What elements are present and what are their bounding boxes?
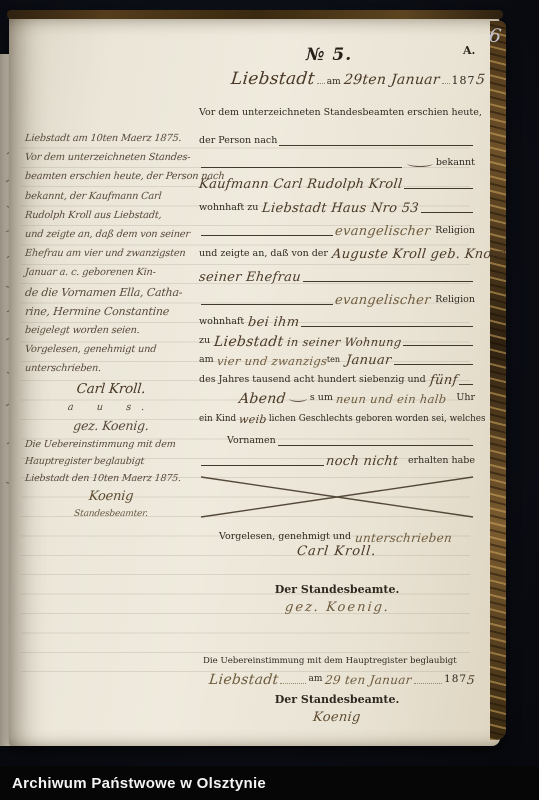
corner-letter: A. <box>463 44 475 57</box>
birth-month-entry: Januar <box>345 354 392 368</box>
attest-year-printed: 187 <box>444 672 467 686</box>
year-line-printed: des Jahres tausend acht hundert siebenzi… <box>199 373 426 387</box>
margin-line: de die Vornamen Ella, Catha- <box>24 283 198 302</box>
dotted-rule <box>442 79 450 84</box>
form-row-wohnhaft: wohnhaft bei ihm <box>199 312 475 329</box>
form-row-signature-declarant: Carl Kroll. <box>199 545 475 562</box>
form-row-ehefrau: seiner Ehefrau <box>199 267 475 284</box>
margin-gez-signature: gez. Koenig. <box>24 416 198 436</box>
person-nach-label: der Person nach <box>199 134 277 148</box>
margin-declarant-signature: Carl Kroll. <box>24 378 198 400</box>
margin-line: und zeigte an, daß dem von seiner <box>24 225 198 244</box>
attest-am-label: am <box>308 672 322 686</box>
blank-rule <box>394 360 473 365</box>
form-row-birth-place: zu Liebstadt in seiner Wohnung <box>199 331 475 348</box>
archive-caption-bar: Archiwum Państwowe w Olsztynie <box>0 766 539 800</box>
uhr-label: Uhr <box>456 391 475 405</box>
kind-printed: ein Kind <box>199 412 236 426</box>
form-row-religion-1: evangelischer Religion <box>199 221 475 238</box>
blank-rule <box>421 208 473 213</box>
blank-rule <box>303 277 473 282</box>
margin-line: Standesbeamter. <box>24 507 197 521</box>
religion-1-label: Religion <box>435 224 475 238</box>
dotted-rule <box>317 79 325 84</box>
wohnhaft-entry: bei ihm <box>247 316 300 330</box>
margin-line: Die Uebereinstimmung mit dem <box>24 436 197 453</box>
religion-1-entry: evangelischer <box>334 225 431 239</box>
gender-entry: weib <box>238 413 267 427</box>
time-period-entry: Abend <box>238 392 286 406</box>
zeigte-an-label: und zeigte an, daß von der <box>199 247 328 261</box>
vornamen-label: Vornamen <box>227 434 276 448</box>
form-row-signature-registrar: Koenig <box>199 711 475 737</box>
form-row-religion-2: evangelischer Religion <box>199 290 475 307</box>
bekannt-label: bekannt <box>436 156 475 170</box>
header-place: Liebstadt <box>230 69 316 89</box>
attest-date-entry: 29 ten Januar <box>325 673 413 687</box>
mother-entry: Auguste Kroll geb. Knorr <box>331 248 505 262</box>
vorgelesen-label: Vorgelesen, genehmigt und <box>219 530 351 544</box>
ten-label: ten <box>327 353 340 367</box>
attestation-row: Die Uebereinstimmung mit dem Hauptregist… <box>203 651 479 668</box>
blank-rule <box>201 163 402 168</box>
cancellation-cross <box>199 465 475 527</box>
blank-rule <box>201 231 333 236</box>
attestation-date-row: Liebstadt am 29 ten Januar 1875 <box>209 669 475 686</box>
blank-rule <box>278 441 473 446</box>
birth-day-entry: vier und zwanzigs <box>216 354 328 368</box>
form-row-vornamen: Vornamen <box>227 431 475 448</box>
residence-entry: Liebstadt Haus Nro 53 <box>262 202 420 216</box>
form-row-vorgelesen: Vorgelesen, genehmigt und unterschrieben <box>219 527 475 544</box>
filler-stroke <box>289 395 307 402</box>
margin-line: unterschrieben. <box>24 359 198 378</box>
margin-line: Liebstadt am 10ten Maerz 1875. <box>24 129 198 148</box>
dotted-rule <box>414 679 442 684</box>
attest-year-suffix: 5 <box>466 673 475 687</box>
margin-flourish: a u s. <box>24 400 197 416</box>
dotted-rule <box>280 679 306 684</box>
form-row-bekannt: bekannt <box>199 153 475 170</box>
margin-line: beamten erschien heute, der Person nach <box>24 167 198 186</box>
aged-page-edge <box>490 21 506 740</box>
standesbeamte-label-1: Der Standesbeamte. <box>199 583 475 600</box>
margin-line: Januar a. c. geborenen Kin- <box>24 263 198 282</box>
margin-line: Vor dem unterzeichneten Standes- <box>24 148 198 167</box>
blank-rule <box>301 322 473 327</box>
blank-rule <box>279 141 473 146</box>
form-row-name: Kaufmann Carl Rudolph Kroll <box>199 174 475 191</box>
attest-place-entry: Liebstadt <box>208 673 279 687</box>
zu-label: zu <box>199 334 210 348</box>
wohnhaft-label: wohnhaft <box>199 315 244 329</box>
form-row-mother: und zeigte an, daß von der Auguste Kroll… <box>199 244 475 261</box>
religion-2-entry: evangelischer <box>334 294 431 308</box>
form-row-year: des Jahres tausend acht hundert siebenzi… <box>199 370 475 387</box>
birth-place-entry-2: in seiner Wohnung <box>286 335 402 349</box>
religion-2-label: Religion <box>435 293 475 307</box>
form-row-residence: wohnhaft zu Liebstadt Haus Nro 53 <box>199 198 475 215</box>
margin-line: Rudolph Kroll aus Liebstadt, <box>24 206 198 225</box>
s-um-label: s um <box>310 391 333 405</box>
registrar-signature: Koenig <box>312 711 361 725</box>
register-page: 6 A. № 5. Liebstadt am 29ten Januar 1875… <box>9 17 500 746</box>
marginal-note: Liebstadt am 10ten Maerz 1875. Vor dem u… <box>25 129 197 521</box>
header-year-suffix: 5 <box>475 72 486 88</box>
form-row-time: Abend s um neun und ein halb Uhr <box>199 388 475 405</box>
declarant-name-entry: Kaufmann Carl Rudolph Kroll <box>198 178 403 192</box>
margin-line: rine, Hermine Constantine <box>24 302 198 321</box>
blank-rule <box>403 341 473 346</box>
margin-line: beigelegt worden seien. <box>24 321 198 340</box>
am2-label: am <box>199 353 214 367</box>
form-intro: Vor dem unterzeichneten Standesbeamten e… <box>199 107 475 124</box>
header-date-row: Liebstadt am 29ten Januar 1875 <box>231 69 477 89</box>
margin-line: Liebstadt den 10ten Maerz 1875. <box>24 470 197 487</box>
filler-stroke <box>407 160 433 167</box>
blank-rule <box>404 184 473 189</box>
record-number: № 5. <box>306 45 352 65</box>
birth-place-entry: Liebstadt <box>213 335 284 349</box>
declarant-signature: Carl Kroll. <box>297 545 378 559</box>
form-row-person-nach: der Person nach <box>199 131 475 148</box>
ehefrau-entry: seiner Ehefrau <box>198 271 301 285</box>
margin-line: Vorgelesen, genehmigt und <box>24 340 198 359</box>
registrar-gez-signature: gez. Koenig. <box>284 601 390 615</box>
attestation-label: Die Uebereinstimmung mit dem Hauptregist… <box>203 654 457 668</box>
archive-label: Archiwum Państwowe w Olsztynie <box>12 775 266 792</box>
form-row-child: ein Kind weib lichen Geschlechts geboren… <box>199 409 475 426</box>
margin-line: bekannt, der Kaufmann Carl <box>24 187 198 206</box>
unterschrieben-entry: unterschrieben <box>354 531 453 545</box>
standesbeamte-label-2: Der Standesbeamte. <box>199 693 475 710</box>
form-row-birth-day: am vier und zwanzigs ten Januar <box>199 350 475 367</box>
time-entry: neun und ein halb <box>335 392 447 406</box>
margin-registrar-signature: Koenig <box>24 487 198 507</box>
margin-line: Ehefrau am vier und zwanzigsten <box>24 244 198 263</box>
blank-rule <box>201 300 333 305</box>
year-entry: fünf <box>429 374 458 388</box>
header-year-printed: 187 <box>452 74 476 87</box>
blank-rule <box>459 380 473 385</box>
margin-line: Hauptregister beglaubigt <box>24 453 197 470</box>
form-row-gez-signature: gez. Koenig. <box>199 601 475 627</box>
geschlecht-printed: lichen Geschlechts geboren worden sei, w… <box>269 412 486 426</box>
header-am-label: am <box>327 77 341 87</box>
header-date: 29ten Januar <box>343 72 441 88</box>
wohnhaft-zu-label: wohnhaft zu <box>199 201 258 215</box>
